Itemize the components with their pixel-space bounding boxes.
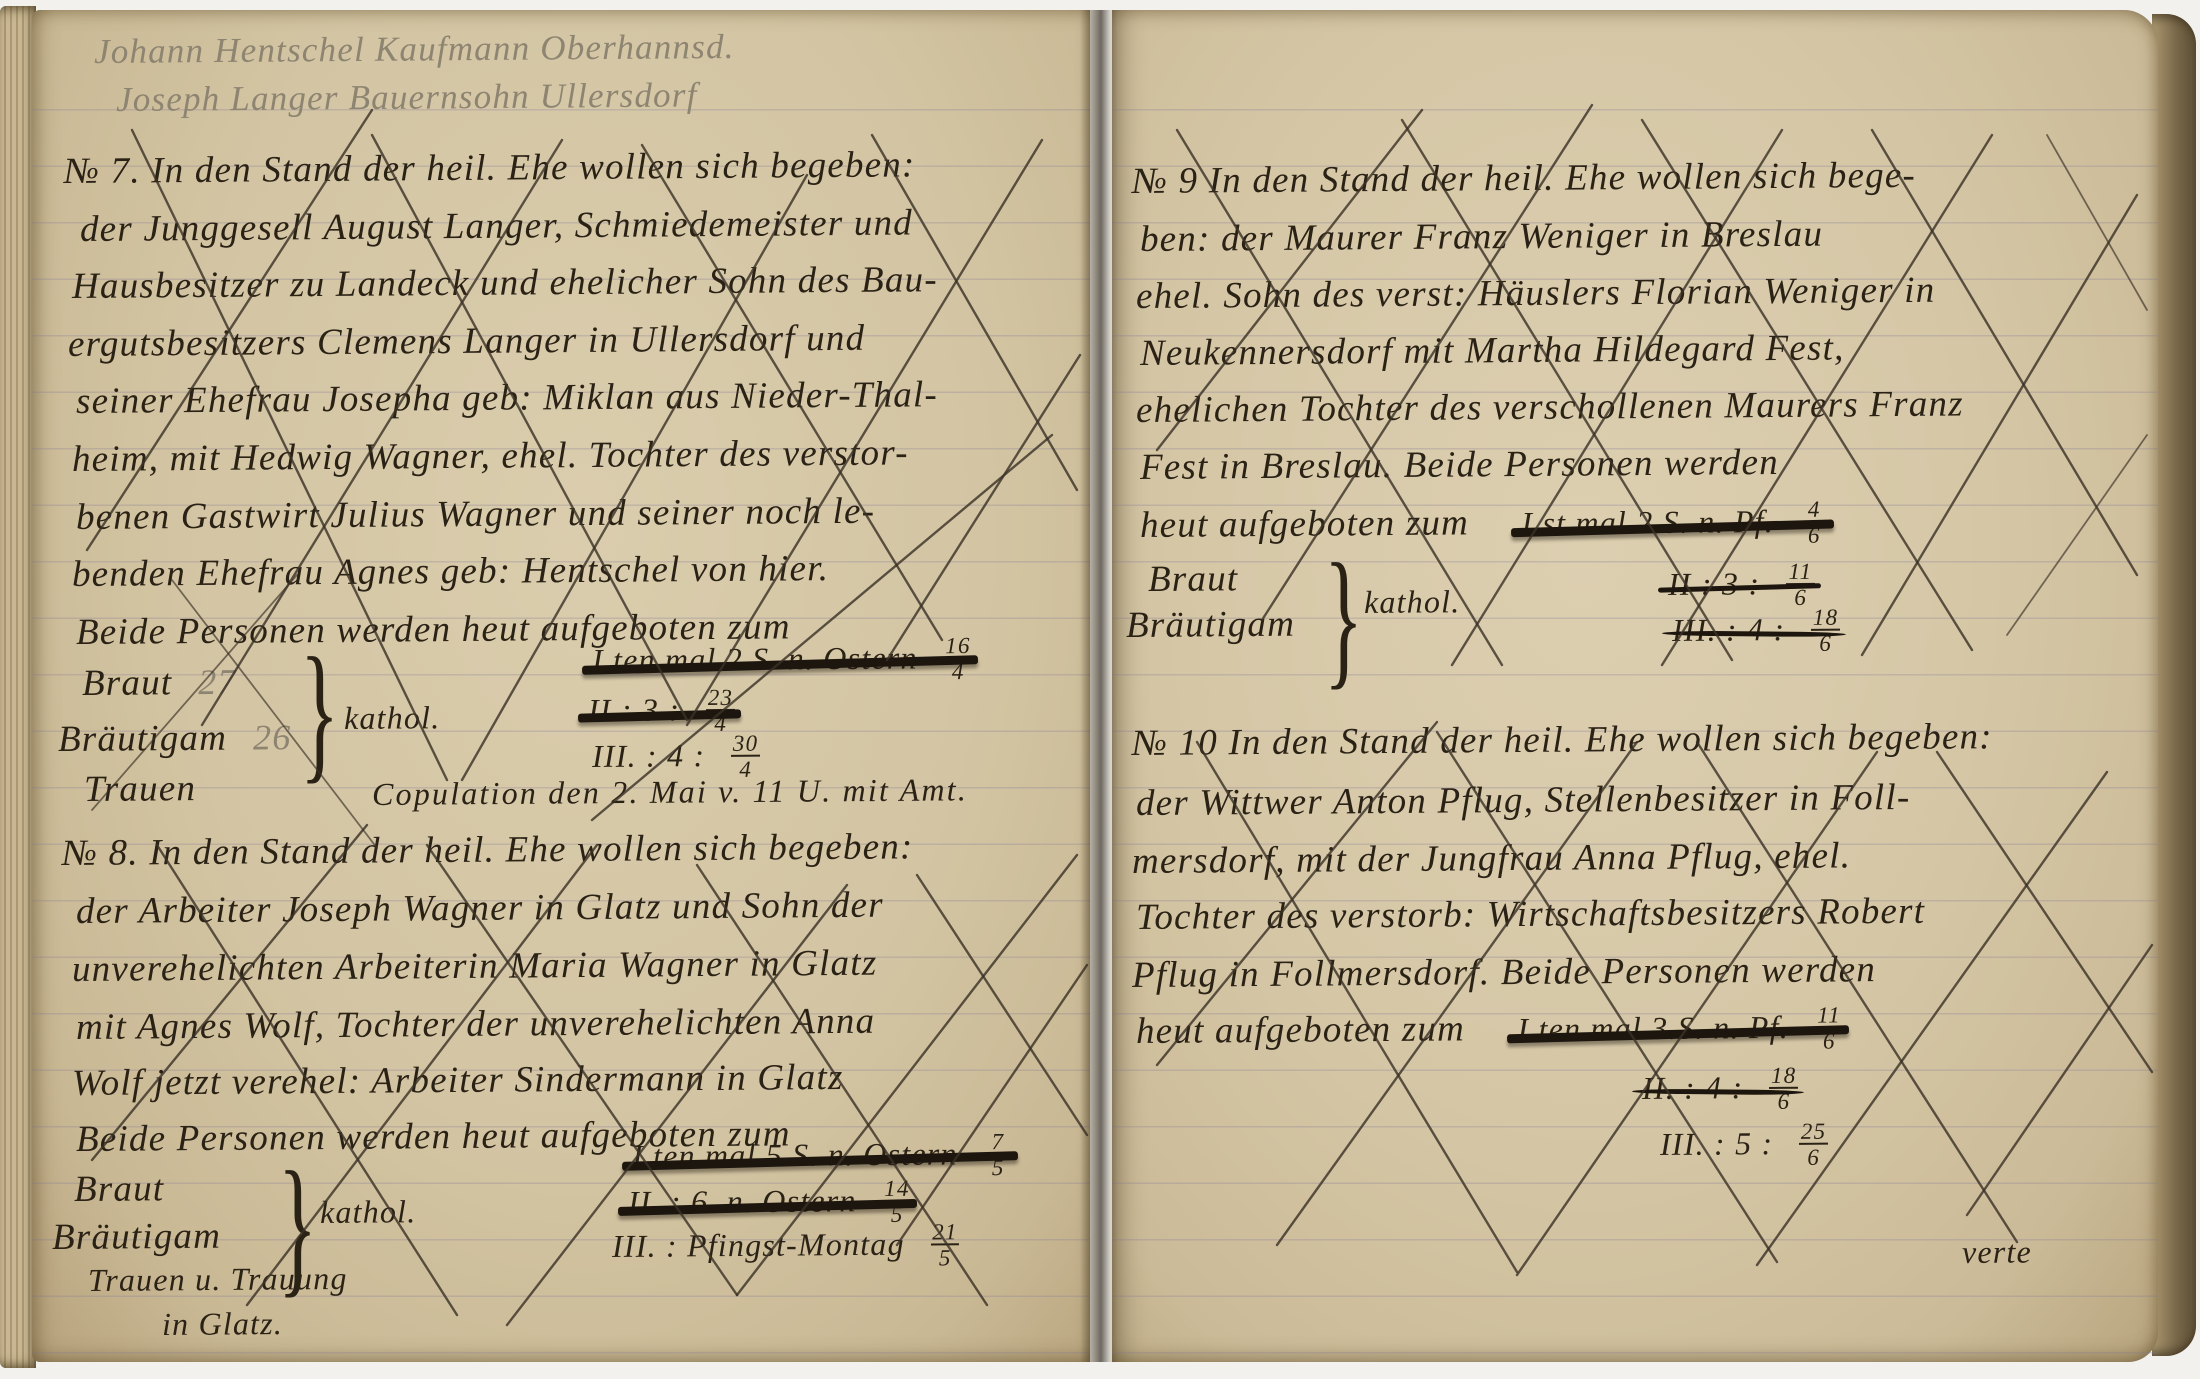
entry7-line: seiner Ehefrau Josepha geb: Miklan aus N… [76, 373, 938, 423]
entry8-braeutigam-label: Bräutigam [52, 1215, 221, 1259]
entry8-braut-label: Braut [74, 1167, 165, 1211]
entry10-line: mersdorf, mit der Jungfrau Anna Pflug, e… [1132, 834, 1851, 883]
entry8-line: Wolf jetzt verehel: Arbeiter Sindermann … [72, 1056, 844, 1105]
book-gutter-shadow [1080, 10, 1118, 1362]
entry8-banns-row-2: II. : 6. n. Ostern 145 [628, 1178, 912, 1228]
entry8-footer-line2: in Glatz. [162, 1305, 283, 1343]
date-fraction: 186 [1769, 1065, 1798, 1113]
entry7-line: heim, mit Hedwig Wagner, ehel. Tochter d… [72, 431, 909, 481]
entry7-line: der Junggesell August Langer, Schmiedeme… [80, 201, 913, 251]
entry10-line: Pflug in Follmersdorf. Beide Personen we… [1132, 948, 1876, 997]
entry7-banns-row-2: II : 3 : 234 [588, 687, 735, 736]
entry9-line: Neukennersdorf mit Martha Hildegard Fest… [1140, 326, 1845, 375]
entry9-line: ehelichen Tochter des verschollenen Maur… [1136, 382, 1964, 431]
entry7-braut-label: Braut27 [82, 661, 237, 705]
entry7-line: Hausbesitzer zu Landeck und ehelicher So… [72, 258, 938, 308]
date-fraction: 164 [943, 635, 972, 683]
left-page: Johann Hentschel Kaufmann Oberhannsd. Jo… [32, 10, 1090, 1362]
entry7-braut-age: 27 [198, 662, 237, 702]
entry10-zum-line: heut aufgeboten zum I.ten mal 3.S. n. Pf… [1136, 1004, 1844, 1057]
entry10-banns-row-1: I.ten mal 3.S. n. Pf. 116 [1517, 1008, 1843, 1054]
book-page-edges-right [2152, 14, 2196, 1356]
entry10-line: Tochter des verstorb: Wirtschaftsbesitze… [1136, 890, 1926, 939]
entry7-line: ergutsbesitzers Clemens Langer in Ullers… [68, 317, 866, 366]
entry10-line: № 10 In den Stand der heil. Ehe wollen s… [1132, 715, 1993, 765]
date-fraction: 46 [1800, 499, 1829, 547]
pencil-note-line2: Joseph Langer Bauernsohn Ullersdorf [116, 75, 698, 120]
entry9-line: ben: der Maurer Franz Weniger in Breslau [1140, 213, 1823, 261]
entry8-footer-line1: Trauen u. Trauung [88, 1260, 348, 1299]
date-fraction: 215 [931, 1221, 960, 1269]
entry7-line: benden Ehefrau Agnes geb: Hentschel von … [72, 547, 829, 596]
entry7-line: № 7. In den Stand der heil. Ehe wollen s… [64, 143, 916, 193]
entry7-braeutigam-label: Bräutigam26 [58, 716, 292, 761]
entry8-line: unverehelichten Arbeiterin Maria Wagner … [72, 942, 878, 991]
entry7-copulation-note: Copulation den 2. Mai v. 11 U. mit Amt. [372, 771, 968, 813]
entry10-banns-row-3: III. : 5 : 256 [1660, 1121, 1828, 1170]
cancellation-strokes [1112, 10, 2158, 1362]
date-fraction: 116 [1815, 1004, 1844, 1052]
entry7-banns-row-1: I.ten mal 2.S. n. Ostern 164 [592, 635, 973, 686]
verte-note: verte [1962, 1233, 2032, 1271]
entry10-banns-row-2: II. : 4 : 186 [1642, 1065, 1799, 1114]
entry9-braeutigam-label: Bräutigam [1126, 603, 1295, 647]
date-fraction: 256 [1799, 1121, 1828, 1169]
entry9-banns-row-2: II : 3 : 116 [1668, 561, 1815, 610]
entry8-banns-row-3: III. : Pfingst-Montag 215 [612, 1221, 960, 1272]
entry9-banns-row-3: III. : 4 : 186 [1672, 607, 1840, 656]
date-fraction: 75 [983, 1131, 1012, 1179]
entry9-line: № 9 In den Stand der heil. Ehe wollen si… [1132, 154, 1916, 203]
entry9-zum-line: heut aufgeboten zum I.st mal 2.S. n. Pf.… [1140, 499, 1829, 552]
entry8-line: der Arbeiter Joseph Wagner in Glatz und … [76, 884, 884, 933]
entry9-line: ehel. Sohn des verst: Häuslers Florian W… [1136, 269, 1936, 318]
entry7-brace: } [300, 635, 339, 789]
entry7-trauen-label: Trauen [84, 767, 196, 811]
entry7-confession: kathol. [344, 699, 441, 737]
entry8-line: mit Agnes Wolf, Tochter der unverehelich… [76, 1000, 876, 1049]
pencil-note-line1: Johann Hentschel Kaufmann Oberhannsd. [94, 27, 735, 72]
right-page: № 9 In den Stand der heil. Ehe wollen si… [1112, 10, 2158, 1362]
date-fraction: 234 [706, 687, 735, 735]
date-fraction: 186 [1811, 607, 1840, 655]
book-page-edges-left [0, 6, 36, 1368]
entry8-line: № 8. In den Stand der heil. Ehe wollen s… [62, 825, 914, 875]
register-scan: Johann Hentschel Kaufmann Oberhannsd. Jo… [0, 0, 2200, 1379]
entry8-banns-row-1: I.ten mal 5.S. n. Ostern 75 [632, 1131, 1013, 1182]
entry7-braeutigam-age: 26 [253, 717, 292, 757]
entry9-line: Fest in Breslau. Beide Personen werden [1140, 441, 1779, 489]
entry9-banns-row-1: I.st mal 2.S. n. Pf. 46 [1521, 503, 1828, 549]
date-fraction: 145 [882, 1178, 911, 1226]
entry9-braut-label: Braut [1148, 557, 1239, 601]
entry9-confession: kathol. [1364, 583, 1461, 621]
date-fraction: 116 [1786, 561, 1815, 609]
entry8-confession: kathol. [320, 1193, 417, 1231]
entry7-line: benen Gastwirt Julius Wagner und seiner … [76, 490, 876, 539]
entry9-brace: } [1324, 541, 1363, 695]
entry10-line: der Wittwer Anton Pflug, Stellenbesitzer… [1136, 776, 1911, 825]
